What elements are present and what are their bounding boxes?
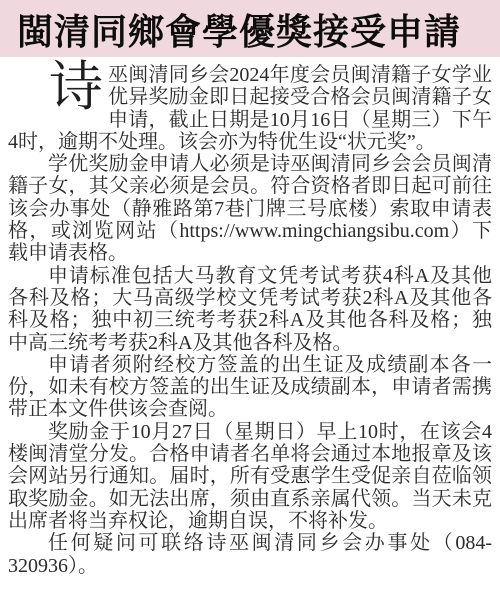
paragraph-5: 奖励金于10月27日（星期日）早上10时，在该会4楼闽清堂分发。合格申请者名单将… (8, 421, 492, 532)
headline: 閩清同鄉會學優獎接受申請 (17, 4, 461, 55)
headline-band: 閩清同鄉會學優獎接受申請 (0, 0, 500, 57)
paragraph-2: 学优奖励金申请人必须是诗巫闽清同乡会会员闽清籍子女，其父亲必须是会员。符合资格者… (8, 153, 492, 264)
article-body: 诗巫闽清同乡会2024年度会员闽清籍子女学业优异奖励金即日起接受合格会员闽清籍子… (0, 57, 500, 577)
drop-cap: 诗 (49, 64, 108, 109)
newspaper-clipping: 閩清同鄉會學優獎接受申請 诗巫闽清同乡会2024年度会员闽清籍子女学业优异奖励金… (0, 0, 500, 609)
paragraph-4: 申请者须附经校方签盖的出生证及成绩副本各一份，如未有校方签盖的出生证及成绩副本，… (8, 354, 492, 421)
paragraph-3: 申请标准包括大马教育文凭考试考获4科A及其他各科及格；大马高级学校文凭考试考获2… (8, 265, 492, 354)
paragraph-6: 任何疑问可联络诗巫闽清同乡会办事处（084-320936）。 (8, 532, 492, 577)
paragraph-1: 诗巫闽清同乡会2024年度会员闽清籍子女学业优异奖励金即日起接受合格会员闽清籍子… (8, 64, 492, 153)
